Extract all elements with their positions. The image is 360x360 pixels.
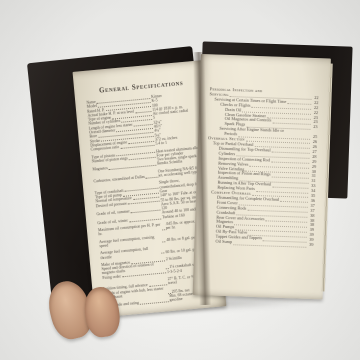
toc-label: Oil Sump	[215, 240, 232, 245]
dotted-leader	[162, 229, 165, 230]
dotted-leader	[129, 218, 161, 222]
dotted-leader	[120, 145, 154, 149]
dotted-leader	[140, 301, 169, 305]
dotted-leader	[233, 244, 306, 248]
right-page: Periodical Inspection andServicing22Serv…	[193, 54, 331, 299]
photo-scene: General Specifications NameKinnerModelK-…	[0, 0, 360, 360]
spec-label: Magnetos	[92, 167, 108, 173]
spec-label: Firing order	[102, 274, 121, 280]
spec-label: Grade of oil, winter	[97, 218, 128, 225]
dotted-leader	[162, 241, 165, 242]
toc-page-number: 39	[308, 243, 313, 248]
toc-rows: Periodical Inspection andServicing22Serv…	[193, 54, 331, 299]
toc-page-number: 23	[312, 125, 317, 130]
dotted-leader	[162, 253, 165, 254]
dotted-leader	[146, 177, 158, 179]
